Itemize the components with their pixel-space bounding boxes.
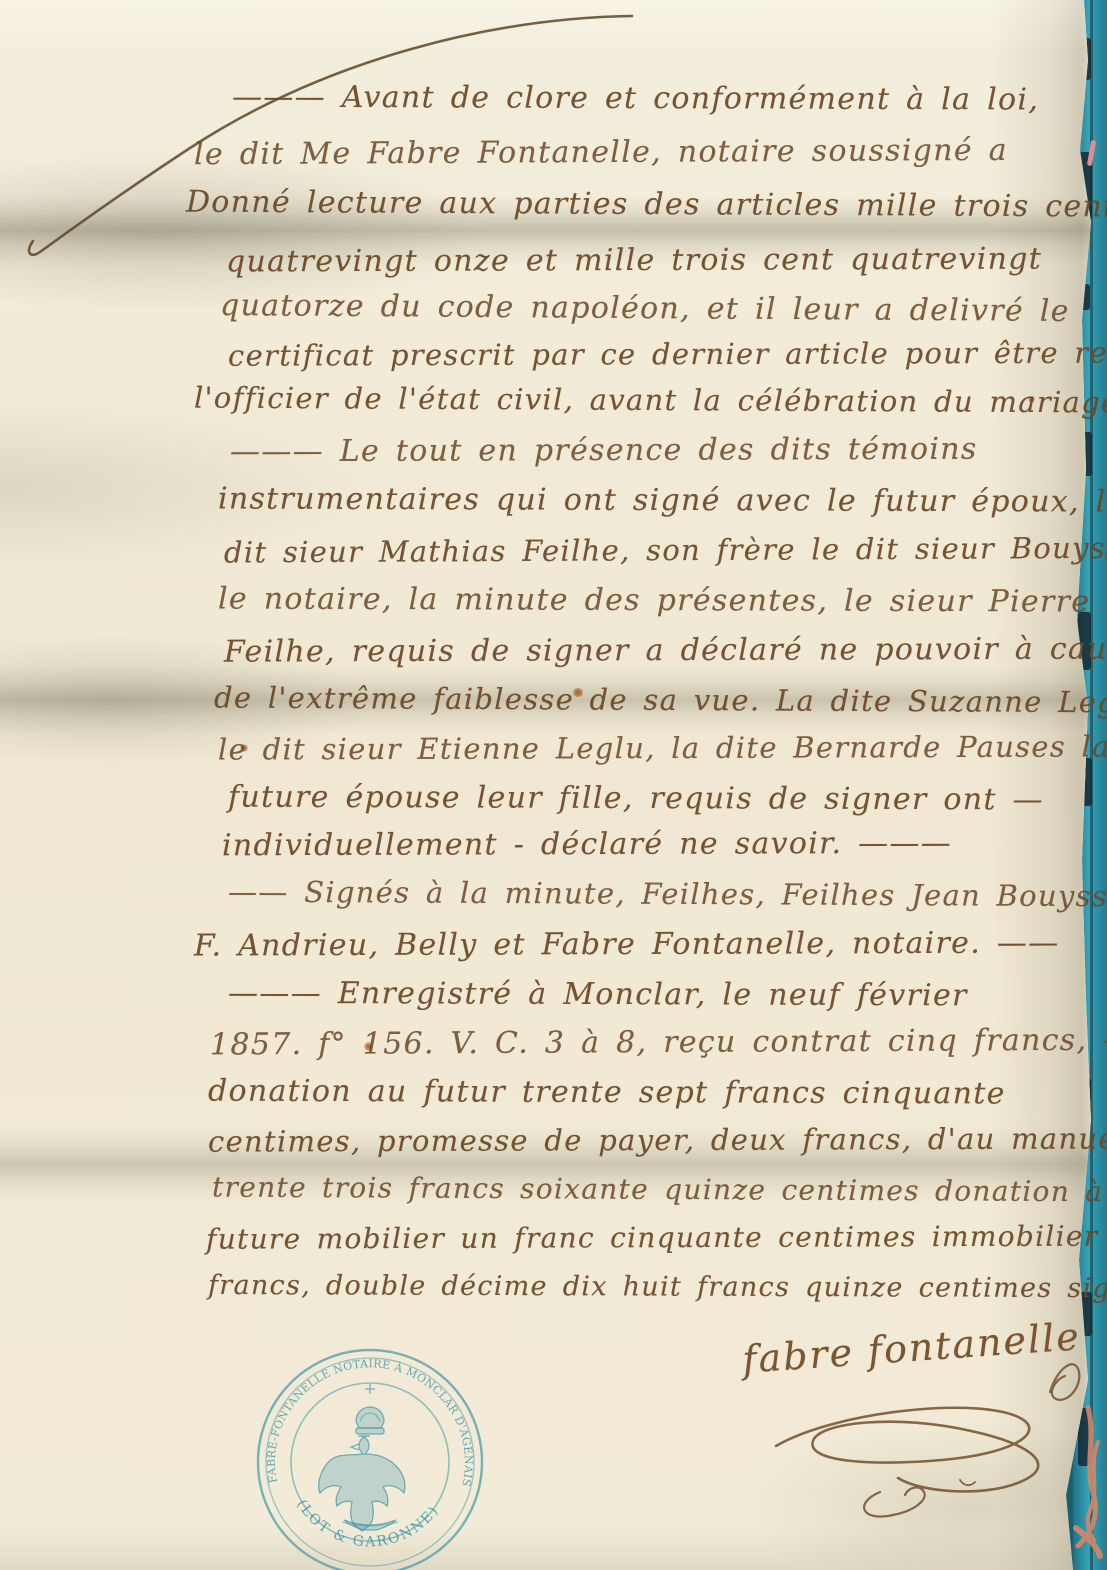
manuscript-line: quatorze du code napoléon, et il leur a … (220, 291, 1070, 327)
manuscript-line: certificat prescrit par ce dernier artic… (228, 338, 1107, 370)
manuscript-line: —— Signés à la minute, Feilhes, Feilhes … (228, 878, 1107, 912)
manuscript-line: le dit sieur Etienne Leglu, la dite Bern… (218, 732, 1107, 764)
manuscript-line: quatrevingt onze et mille trois cent qua… (226, 245, 1042, 278)
manuscript-line: ——— Avant de clore et conformément à la … (232, 83, 1039, 116)
document-photo: ——— Avant de clore et conformément à la … (0, 0, 1107, 1570)
manuscript-line: F. Andrieu, Belly et Fabre Fontanelle, n… (194, 928, 1060, 961)
manuscript-line: de l'extrême faiblesse de sa vue. La dit… (214, 684, 1107, 718)
manuscript-line: francs, double décime dix huit francs qu… (208, 1272, 1107, 1303)
notary-stamp: FABRE-FONTANELLE NOTAIRE À MONCLAR D'AGE… (238, 1334, 508, 1570)
manuscript-line: le notaire, la minute des présentes, le … (218, 584, 1090, 617)
manuscript-line: Donné lecture aux parties des articles m… (186, 188, 1107, 223)
manuscript-line: instrumentaires qui ont signé avec le fu… (218, 484, 1107, 517)
manuscript-line: Feilhe, requis de signer a déclaré ne po… (224, 634, 1107, 667)
manuscript-line: dit sieur Mathias Feilhe, son frère le d… (224, 534, 1107, 568)
binding-threads (1018, 1400, 1107, 1570)
imperial-eagle-icon (319, 1384, 405, 1531)
manuscript-line: ——— Enregistré à Monclar, le neuf févrie… (228, 979, 968, 1012)
manuscript-line: ——— Le tout en présence des dits témoins (230, 435, 978, 468)
manuscript-line: 1857. f° 156. V. C. 3 à 8, reçu contrat … (210, 1026, 1107, 1061)
manuscript-line: donation au futur trente sept francs cin… (208, 1077, 1006, 1110)
manuscript-line: l'officier de l'état civil, avant la cél… (194, 384, 1107, 418)
manuscript-line: centimes, promesse de payer, deux francs… (208, 1124, 1107, 1156)
manuscript-line: future mobilier un franc cinquante centi… (206, 1222, 1107, 1253)
manuscript-line: future épouse leur fille, requis de sign… (228, 783, 1044, 816)
manuscript-line: le dit Me Fabre Fontanelle, notaire sous… (194, 136, 1008, 170)
manuscript-line: individuellement - déclaré ne savoir. ——… (222, 829, 952, 862)
manuscript-line: trente trois francs soixante quinze cent… (212, 1174, 1107, 1207)
